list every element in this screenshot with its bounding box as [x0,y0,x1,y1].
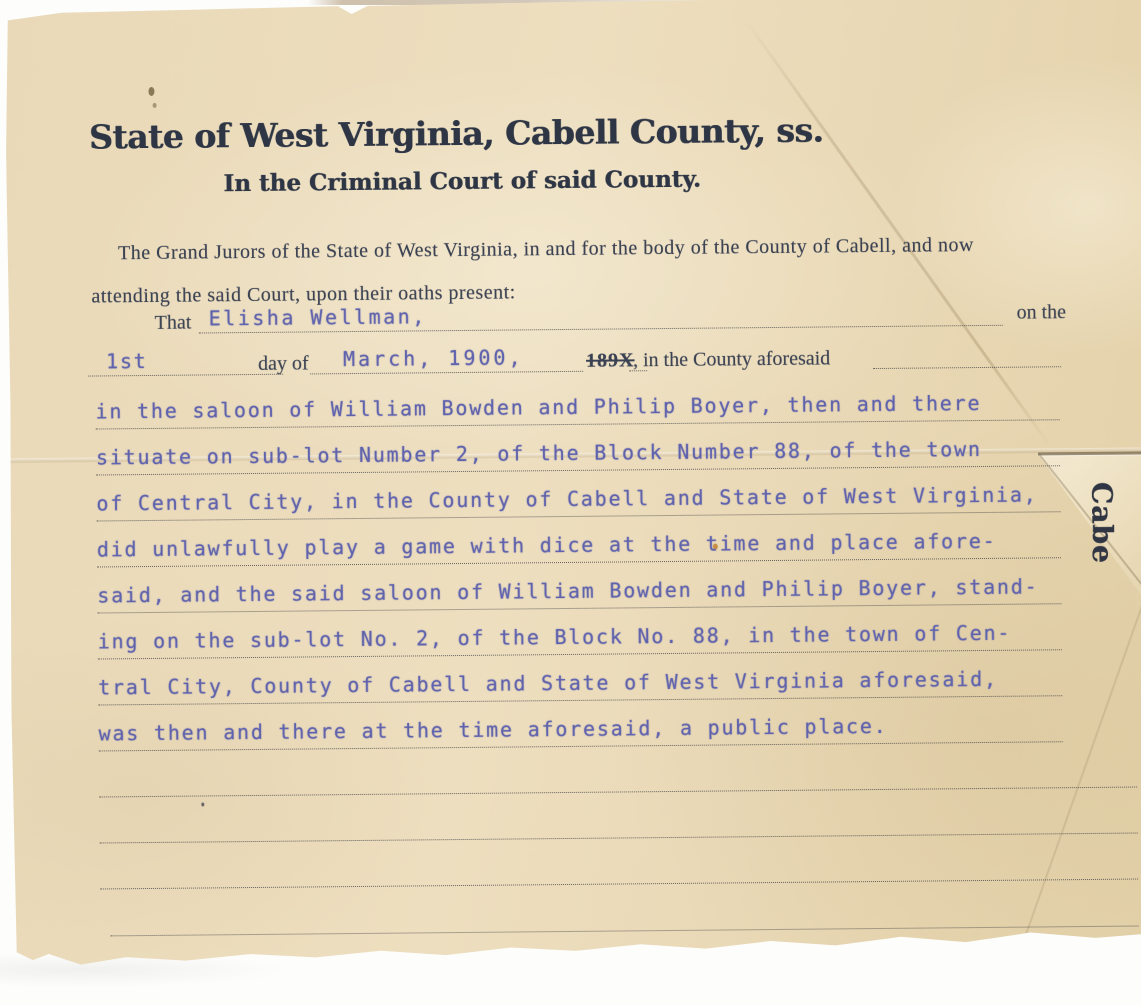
printed-label-that: That [155,311,192,335]
document-subtitle: In the Criminal Court of said County. [223,166,701,198]
printed-label-day-of: day of [258,351,309,375]
body-line: of Central City, in the County of Cabell… [96,484,1060,521]
body-line: said, and the said saloon of William Bow… [97,576,1061,613]
typed-body-text: said, and the said saloon of William Bow… [97,574,1038,607]
typed-body-text: was then and there at the time aforesaid… [99,714,888,746]
typed-body-text: did unlawfully play a game with dice at … [97,529,997,562]
typed-body-text: ing on the sub-lot No. 2, of the Block N… [98,621,1012,654]
paper-speck [148,87,154,96]
scanned-document-page: { "paper_color": "#eadaba", "inks": { "p… [0,0,1141,1005]
body-line: in the saloon of William Bowden and Phil… [95,392,1059,429]
body-line: did unlawfully play a game with dice at … [97,530,1061,567]
blank-ruled-line [100,879,1138,890]
body-line: tral City, County of Cabell and State of… [98,668,1062,705]
typed-body-text: of Central City, in the County of Cabell… [96,482,1037,515]
blank-ruled-line [100,833,1138,844]
ruled-line [88,374,283,377]
typed-month-year: March, 1900, [343,345,524,371]
paper-sheet: State of West Virginia, Cabell County, s… [2,0,1141,970]
printed-label-county-aforesaid: , in the County aforesaid [633,346,830,372]
paper-speck [153,103,157,108]
document-title: State of West Virginia, Cabell County, s… [89,111,824,157]
vertical-docket-note: Cabe [1085,482,1119,564]
printed-year-blank: 189X [586,348,635,372]
preamble-line-1: The Grand Jurors of the State of West Vi… [118,233,974,265]
body-line: was then and there at the time aforesaid… [99,714,1063,751]
paper-speck [201,802,204,806]
typed-defendant-name: Elisha Wellman, [209,304,427,330]
printed-label-on-the: on the [1017,300,1067,324]
scanner-shadow [0,955,400,1005]
body-line: ing on the sub-lot No. 2, of the Block N… [98,622,1062,659]
blank-ruled-line [99,787,1137,798]
preamble-line-2: attending the said Court, upon their oat… [91,280,516,308]
typed-body-text: in the saloon of William Bowden and Phil… [95,391,981,424]
typed-day: 1st [106,349,148,373]
body-line: situate on sub-lot Number 2, of the Bloc… [96,438,1060,475]
blank-ruled-line [111,926,1139,937]
typed-body-text: situate on sub-lot Number 2, of the Bloc… [96,437,982,470]
ruled-line [310,371,583,375]
typed-body-text: tral City, County of Cabell and State of… [98,667,998,700]
ruled-line [873,366,1061,369]
diagonal-fold-crease [742,16,1053,449]
